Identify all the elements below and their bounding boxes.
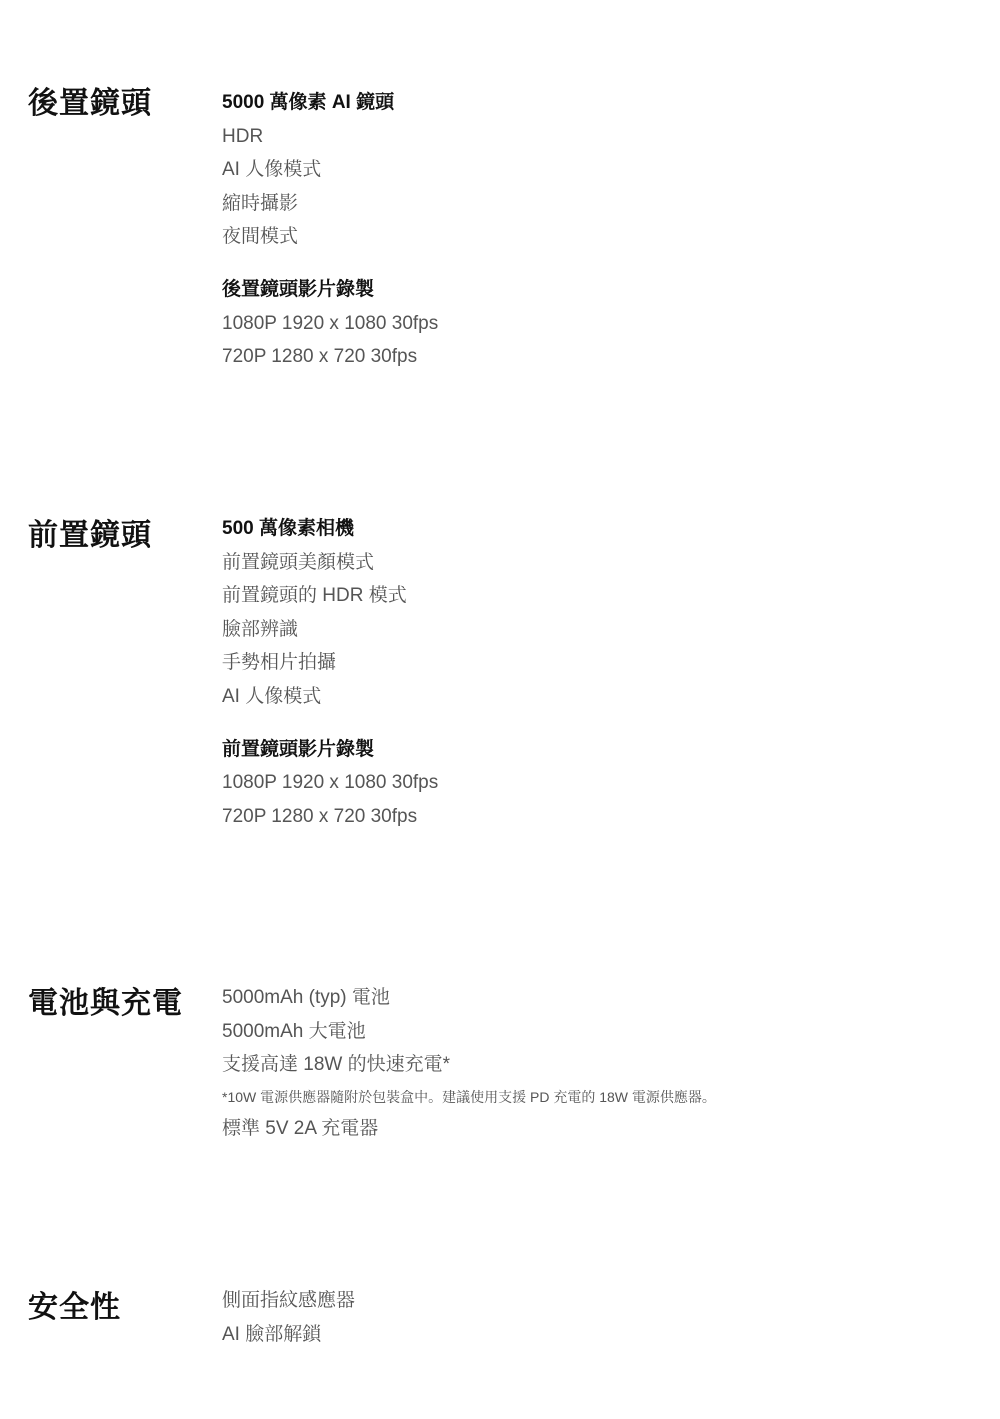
group-heading: 500 萬像素相機 — [222, 512, 438, 546]
spec-item: 側面指紋感應器 — [222, 1284, 355, 1318]
spec-item: 臉部辨識 — [222, 613, 438, 647]
spacer — [222, 254, 438, 273]
section-title: 後置鏡頭 — [28, 86, 152, 122]
spec-item: 1080P 1920 x 1080 30fps — [222, 766, 438, 800]
spec-item: 支援高達 18W 的快速充電* — [222, 1048, 716, 1082]
spec-item: 1080P 1920 x 1080 30fps — [222, 307, 438, 341]
spec-item: 縮時攝影 — [222, 187, 438, 221]
spec-item: 5000mAh 大電池 — [222, 1015, 716, 1049]
spec-item: 手勢相片拍攝 — [222, 646, 438, 680]
spec-item: 720P 1280 x 720 30fps — [222, 340, 438, 374]
section-body: 500 萬像素相機 前置鏡頭美顏模式 前置鏡頭的 HDR 模式 臉部辨識 手勢相… — [222, 512, 438, 833]
section-title: 安全性 — [28, 1290, 121, 1326]
section-body: 5000 萬像素 AI 鏡頭 HDR AI 人像模式 縮時攝影 夜間模式 後置鏡… — [222, 86, 438, 374]
section-body: 5000mAh (typ) 電池 5000mAh 大電池 支援高達 18W 的快… — [222, 981, 716, 1145]
spec-item: AI 臉部解鎖 — [222, 1318, 355, 1352]
footnote: *10W 電源供應器隨附於包裝盒中。建議使用支援 PD 充電的 18W 電源供應… — [222, 1082, 716, 1112]
spacer — [222, 714, 438, 733]
spec-item: AI 人像模式 — [222, 153, 438, 187]
section-title: 電池與充電 — [28, 986, 183, 1022]
spec-item: 720P 1280 x 720 30fps — [222, 800, 438, 834]
section-body: 側面指紋感應器 AI 臉部解鎖 — [222, 1284, 355, 1351]
section-title: 前置鏡頭 — [28, 518, 152, 554]
spec-item: 標準 5V 2A 充電器 — [222, 1112, 716, 1146]
group-heading: 前置鏡頭影片錄製 — [222, 733, 438, 767]
spec-item: AI 人像模式 — [222, 680, 438, 714]
spec-item: 5000mAh (typ) 電池 — [222, 981, 716, 1015]
spec-item: 前置鏡頭美顏模式 — [222, 546, 438, 580]
spec-item: HDR — [222, 120, 438, 154]
spec-item: 夜間模式 — [222, 220, 438, 254]
group-heading: 後置鏡頭影片錄製 — [222, 273, 438, 307]
group-heading: 5000 萬像素 AI 鏡頭 — [222, 86, 438, 120]
spec-item: 前置鏡頭的 HDR 模式 — [222, 579, 438, 613]
